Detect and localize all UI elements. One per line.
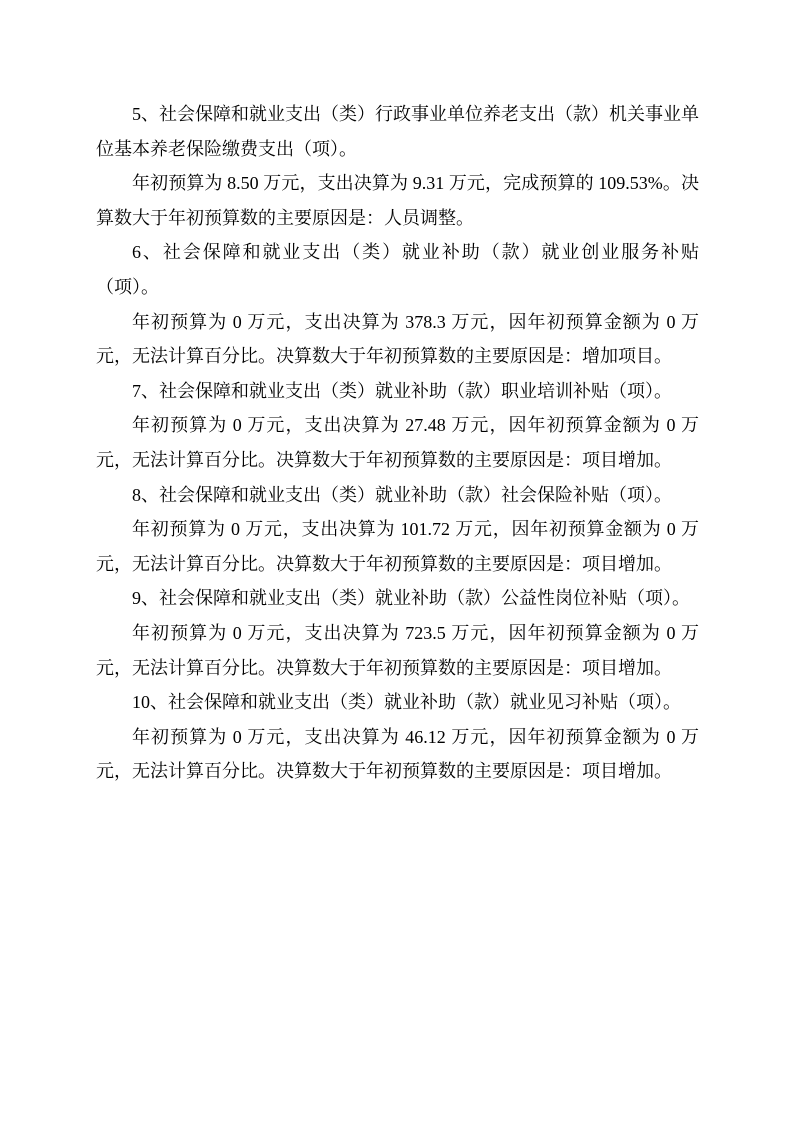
section-10-heading: 10、社会保障和就业支出（类）就业补助（款）就业见习补贴（项）。 (96, 685, 699, 720)
section-8-heading: 8、社会保障和就业支出（类）就业补助（款）社会保险补贴（项）。 (96, 478, 699, 513)
section-9-body: 年初预算为 0 万元，支出决算为 723.5 万元，因年初预算金额为 0 万元，… (96, 616, 699, 685)
section-5-body: 年初预算为 8.50 万元，支出决算为 9.31 万元，完成预算的 109.53… (96, 166, 699, 235)
section-5-heading: 5、社会保障和就业支出（类）行政事业单位养老支出（款）机关事业单位基本养老保险缴… (96, 97, 699, 166)
section-9-heading: 9、社会保障和就业支出（类）就业补助（款）公益性岗位补贴（项）。 (96, 581, 699, 616)
section-8-body: 年初预算为 0 万元，支出决算为 101.72 万元，因年初预算金额为 0 万元… (96, 512, 699, 581)
section-7-heading: 7、社会保障和就业支出（类）就业补助（款）职业培训补贴（项）。 (96, 374, 699, 409)
section-6-body: 年初预算为 0 万元，支出决算为 378.3 万元，因年初预算金额为 0 万元，… (96, 305, 699, 374)
section-7-body: 年初预算为 0 万元，支出决算为 27.48 万元，因年初预算金额为 0 万元，… (96, 408, 699, 477)
document-page: 5、社会保障和就业支出（类）行政事业单位养老支出（款）机关事业单位基本养老保险缴… (0, 0, 793, 1122)
section-6-heading: 6、社会保障和就业支出（类）就业补助（款）就业创业服务补贴（项）。 (96, 235, 699, 304)
section-10-body: 年初预算为 0 万元，支出决算为 46.12 万元，因年初预算金额为 0 万元，… (96, 720, 699, 789)
